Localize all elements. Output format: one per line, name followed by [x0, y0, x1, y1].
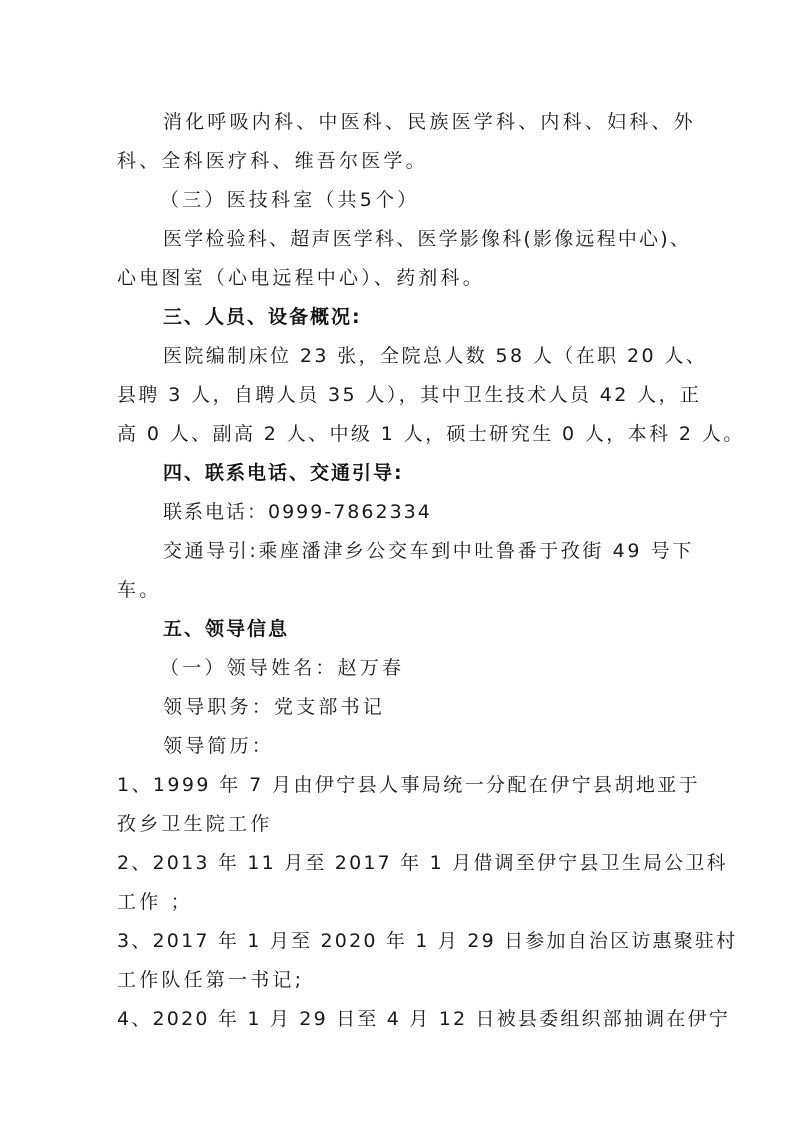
section-3-heading: 三、人员、设备概况: [163, 305, 362, 329]
section-4-heading: 四、联系电话、交通引导: [163, 461, 404, 485]
staffing-line-1: 医院编制床位 23 张，全院总人数 58 人（在职 20 人、 [163, 344, 707, 368]
resume-item-4-line-1: 4、2020 年 1 月 29 日至 4 月 12 日被县委组织部抽调在伊宁 [117, 1007, 730, 1031]
leader-name: （一）领导姓名：赵万春 [160, 656, 404, 680]
resume-item-3-line-2: 工作队任第一书记; [117, 968, 304, 992]
document-page: 消化呼吸内科、中医科、民族医学科、内科、妇科、外 科、全科医疗科、维吾尔医学。 … [0, 0, 793, 1122]
departments-line-1: 消化呼吸内科、中医科、民族医学科、内科、妇科、外 [163, 110, 696, 134]
medical-tech-line-1: 医学检验科、超声医学科、医学影像科(影像远程中心)、 [163, 227, 691, 251]
transport-line-1: 交通导引:乘座潘津乡公交车到中吐鲁番于孜街 49 号下 [163, 539, 694, 563]
contact-phone: 联系电话：0999-7862334 [163, 500, 432, 524]
resume-item-1-line-1: 1、1999 年 7 月由伊宁县人事局统一分配在伊宁县胡地亚于 [117, 773, 700, 797]
medical-tech-line-2: 心电图室（心电远程中心）、药剂科。 [117, 266, 485, 290]
staffing-line-3: 高 0 人、副高 2 人、中级 1 人，硕士研究生 0 人，本科 2 人。 [117, 422, 745, 446]
section-5-heading: 五、领导信息 [163, 617, 289, 641]
leader-position: 领导职务：党支部书记 [163, 695, 385, 719]
medical-tech-heading: （三）医技科室（共5个） [160, 188, 420, 212]
transport-line-2: 车。 [117, 578, 161, 602]
resume-item-2-line-1: 2、2013 年 11 月至 2017 年 1 月借调至伊宁县卫生局公卫科 [117, 851, 728, 875]
resume-label: 领导简历： [163, 734, 274, 758]
resume-item-2-line-2: 工作 ； [117, 890, 193, 914]
departments-line-2: 科、全科医疗科、维吾尔医学。 [117, 149, 428, 173]
resume-item-3-line-1: 3、2017 年 1 月至 2020 年 1 月 29 日参加自治区访惠聚驻村 [117, 929, 737, 953]
resume-item-1-line-2: 孜乡卫生院工作 [117, 812, 272, 836]
staffing-line-2: 县聘 3 人，自聘人员 35 人），其中卫生技术人员 42 人，正 [117, 383, 701, 407]
